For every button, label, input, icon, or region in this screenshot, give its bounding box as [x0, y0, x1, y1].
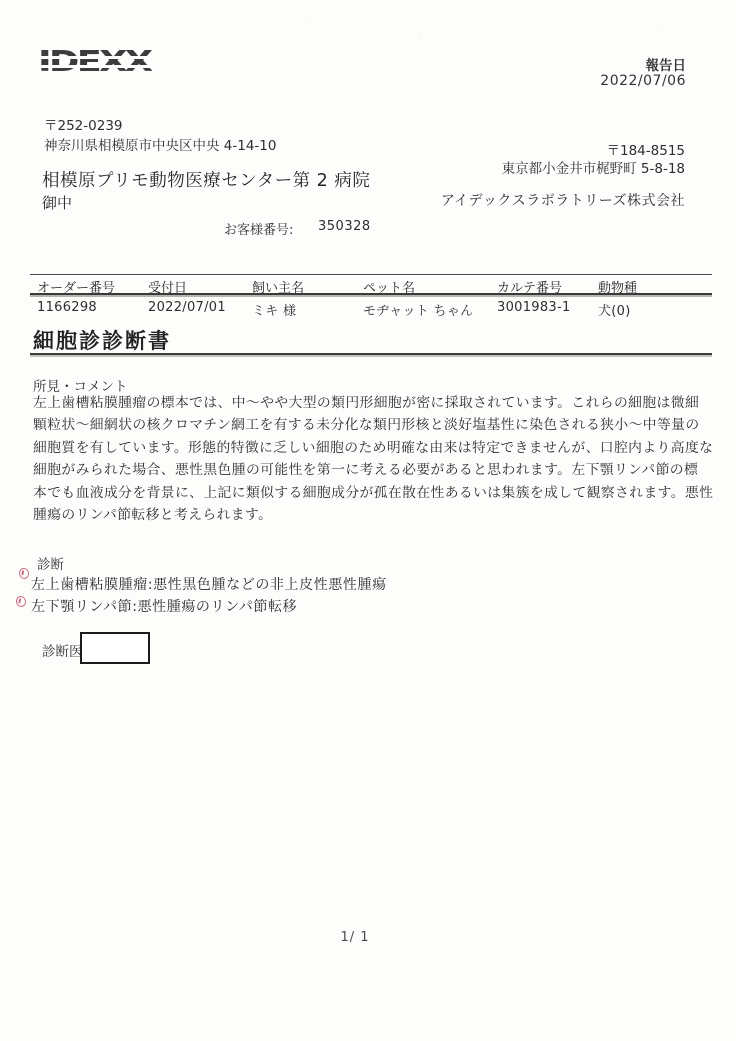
customer-number-value: 350328	[318, 219, 371, 234]
red-circle-mark-icon	[15, 595, 27, 608]
page-number: 1/ 1	[0, 930, 710, 945]
cytology-report-page: IDEXX 報告日 2022/07/06 〒252-0239 神奈川県相模原市中…	[0, 0, 736, 1041]
findings-line: 細胞質を有しています。形態的特徴に乏しい細胞のため明確な由来は特定できませんが、…	[33, 437, 723, 459]
document-title: 細胞診診断書	[33, 325, 171, 355]
report-date-label: 報告日	[646, 54, 687, 74]
lab-company-name: アイデックスラボラトリーズ株式会社	[441, 190, 685, 210]
logo-stencil-stripe	[38, 56, 174, 59]
findings-line: 細胞がみられた場合、悪性黒色腫の可能性を第一に考える必要があると思われます。左下…	[33, 459, 723, 481]
cell-species: 犬(0)	[598, 300, 631, 319]
recipient-honorific: 御中	[42, 192, 72, 213]
cell-received-date: 2022/07/01	[148, 300, 226, 315]
findings-line: 顆粒状～細網状の核クロマチン網工を有する未分化な類円形核と淡好塩基性に染色される…	[33, 414, 723, 436]
diagnosis-item: 左上歯槽粘膜腫瘤:悪性黒色腫などの非上皮性悪性腫瘍	[31, 574, 387, 594]
findings-line: 本でも血液成分を背景に、上記に類似する細胞成分が孤在散在性あるいは集簇を成して観…	[33, 482, 723, 504]
recipient-hospital-name: 相模原プリモ動物医療センター第 2 病院	[42, 167, 370, 192]
recipient-address: 神奈川県相模原市中央区中央 4-14-10	[44, 134, 276, 154]
diagnosis-item: 左下顎リンパ節:悪性腫瘍のリンパ節転移	[31, 596, 297, 616]
recipient-postal-code: 〒252-0239	[44, 114, 123, 134]
cell-chart-number: 3001983-1	[497, 300, 571, 315]
idexx-logo: IDEXX	[38, 47, 188, 79]
customer-number-label: お客様番号:	[224, 219, 293, 238]
report-date-value: 2022/07/06	[600, 73, 686, 89]
findings-line: 左上歯槽粘膜腫瘤の標本では、中～やや大型の類円形細胞が密に採取されています。これ…	[33, 392, 723, 414]
red-circle-mark-icon	[18, 567, 30, 580]
table-header-rule	[30, 293, 712, 295]
diagnosing-vet-name-box	[80, 632, 150, 664]
cell-owner-name: ミキ 様	[252, 300, 296, 319]
idexx-logo-text: IDEXX	[38, 47, 176, 76]
lab-address: 東京都小金井市梶野町 5-8-18	[502, 157, 685, 177]
title-underline	[30, 353, 712, 355]
cell-pet-name: モヂャット ちゃん	[363, 300, 473, 319]
findings-line: 腫瘍のリンパ節転移と考えられます。	[33, 504, 723, 526]
findings-text: 左上歯槽粘膜腫瘤の標本では、中～やや大型の類円形細胞が密に採取されています。これ…	[33, 392, 723, 526]
lab-postal-code: 〒184-8515	[607, 139, 686, 159]
table-top-rule	[30, 274, 712, 275]
logo-stencil-stripe	[38, 65, 174, 68]
diagnosis-section-label: 診断	[37, 553, 64, 573]
cell-order-number: 1166298	[37, 300, 97, 315]
